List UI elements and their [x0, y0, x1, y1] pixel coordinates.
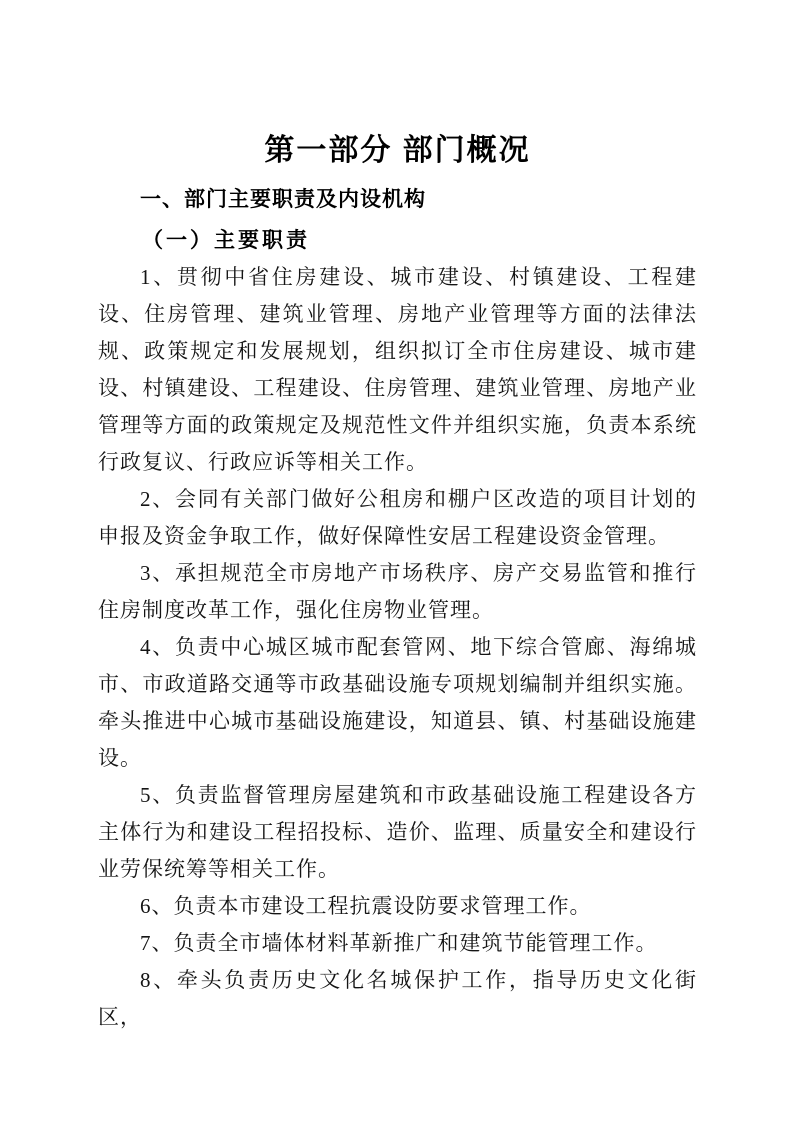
paragraph-duty-5: 5、负责监督管理房屋建筑和市政基础设施工程建设各方主体行为和建设工程招投标、造价… [98, 777, 697, 888]
document-content: 第一部分 部门概况 一、部门主要职责及内设机构 （一）主要职责 1、贯彻中省住房… [0, 0, 793, 1036]
subsection-heading: （一）主要职责 [98, 223, 697, 257]
document-page: 第一部分 部门概况 一、部门主要职责及内设机构 （一）主要职责 1、贯彻中省住房… [0, 0, 793, 1122]
paragraph-duty-8: 8、牵头负责历史文化名城保护工作，指导历史文化街区， [98, 962, 697, 1036]
section-heading: 一、部门主要职责及内设机构 [98, 185, 697, 215]
document-title: 第一部分 部门概况 [98, 130, 697, 172]
paragraph-duty-4: 4、负责中心城区城市配套管网、地下综合管廊、海绵城市、市政道路交通等市政基础设施… [98, 629, 697, 777]
paragraph-duty-1: 1、贯彻中省住房建设、城市建设、村镇建设、工程建设、住房管理、建筑业管理、房地产… [98, 259, 697, 481]
paragraph-duty-3: 3、承担规范全市房地产市场秩序、房产交易监管和推行住房制度改革工作，强化住房物业… [98, 555, 697, 629]
paragraph-duty-6: 6、负责本市建设工程抗震设防要求管理工作。 [98, 888, 697, 925]
paragraph-duty-7: 7、负责全市墙体材料革新推广和建筑节能管理工作。 [98, 925, 697, 962]
paragraph-duty-2: 2、会同有关部门做好公租房和棚户区改造的项目计划的申报及资金争取工作，做好保障性… [98, 481, 697, 555]
